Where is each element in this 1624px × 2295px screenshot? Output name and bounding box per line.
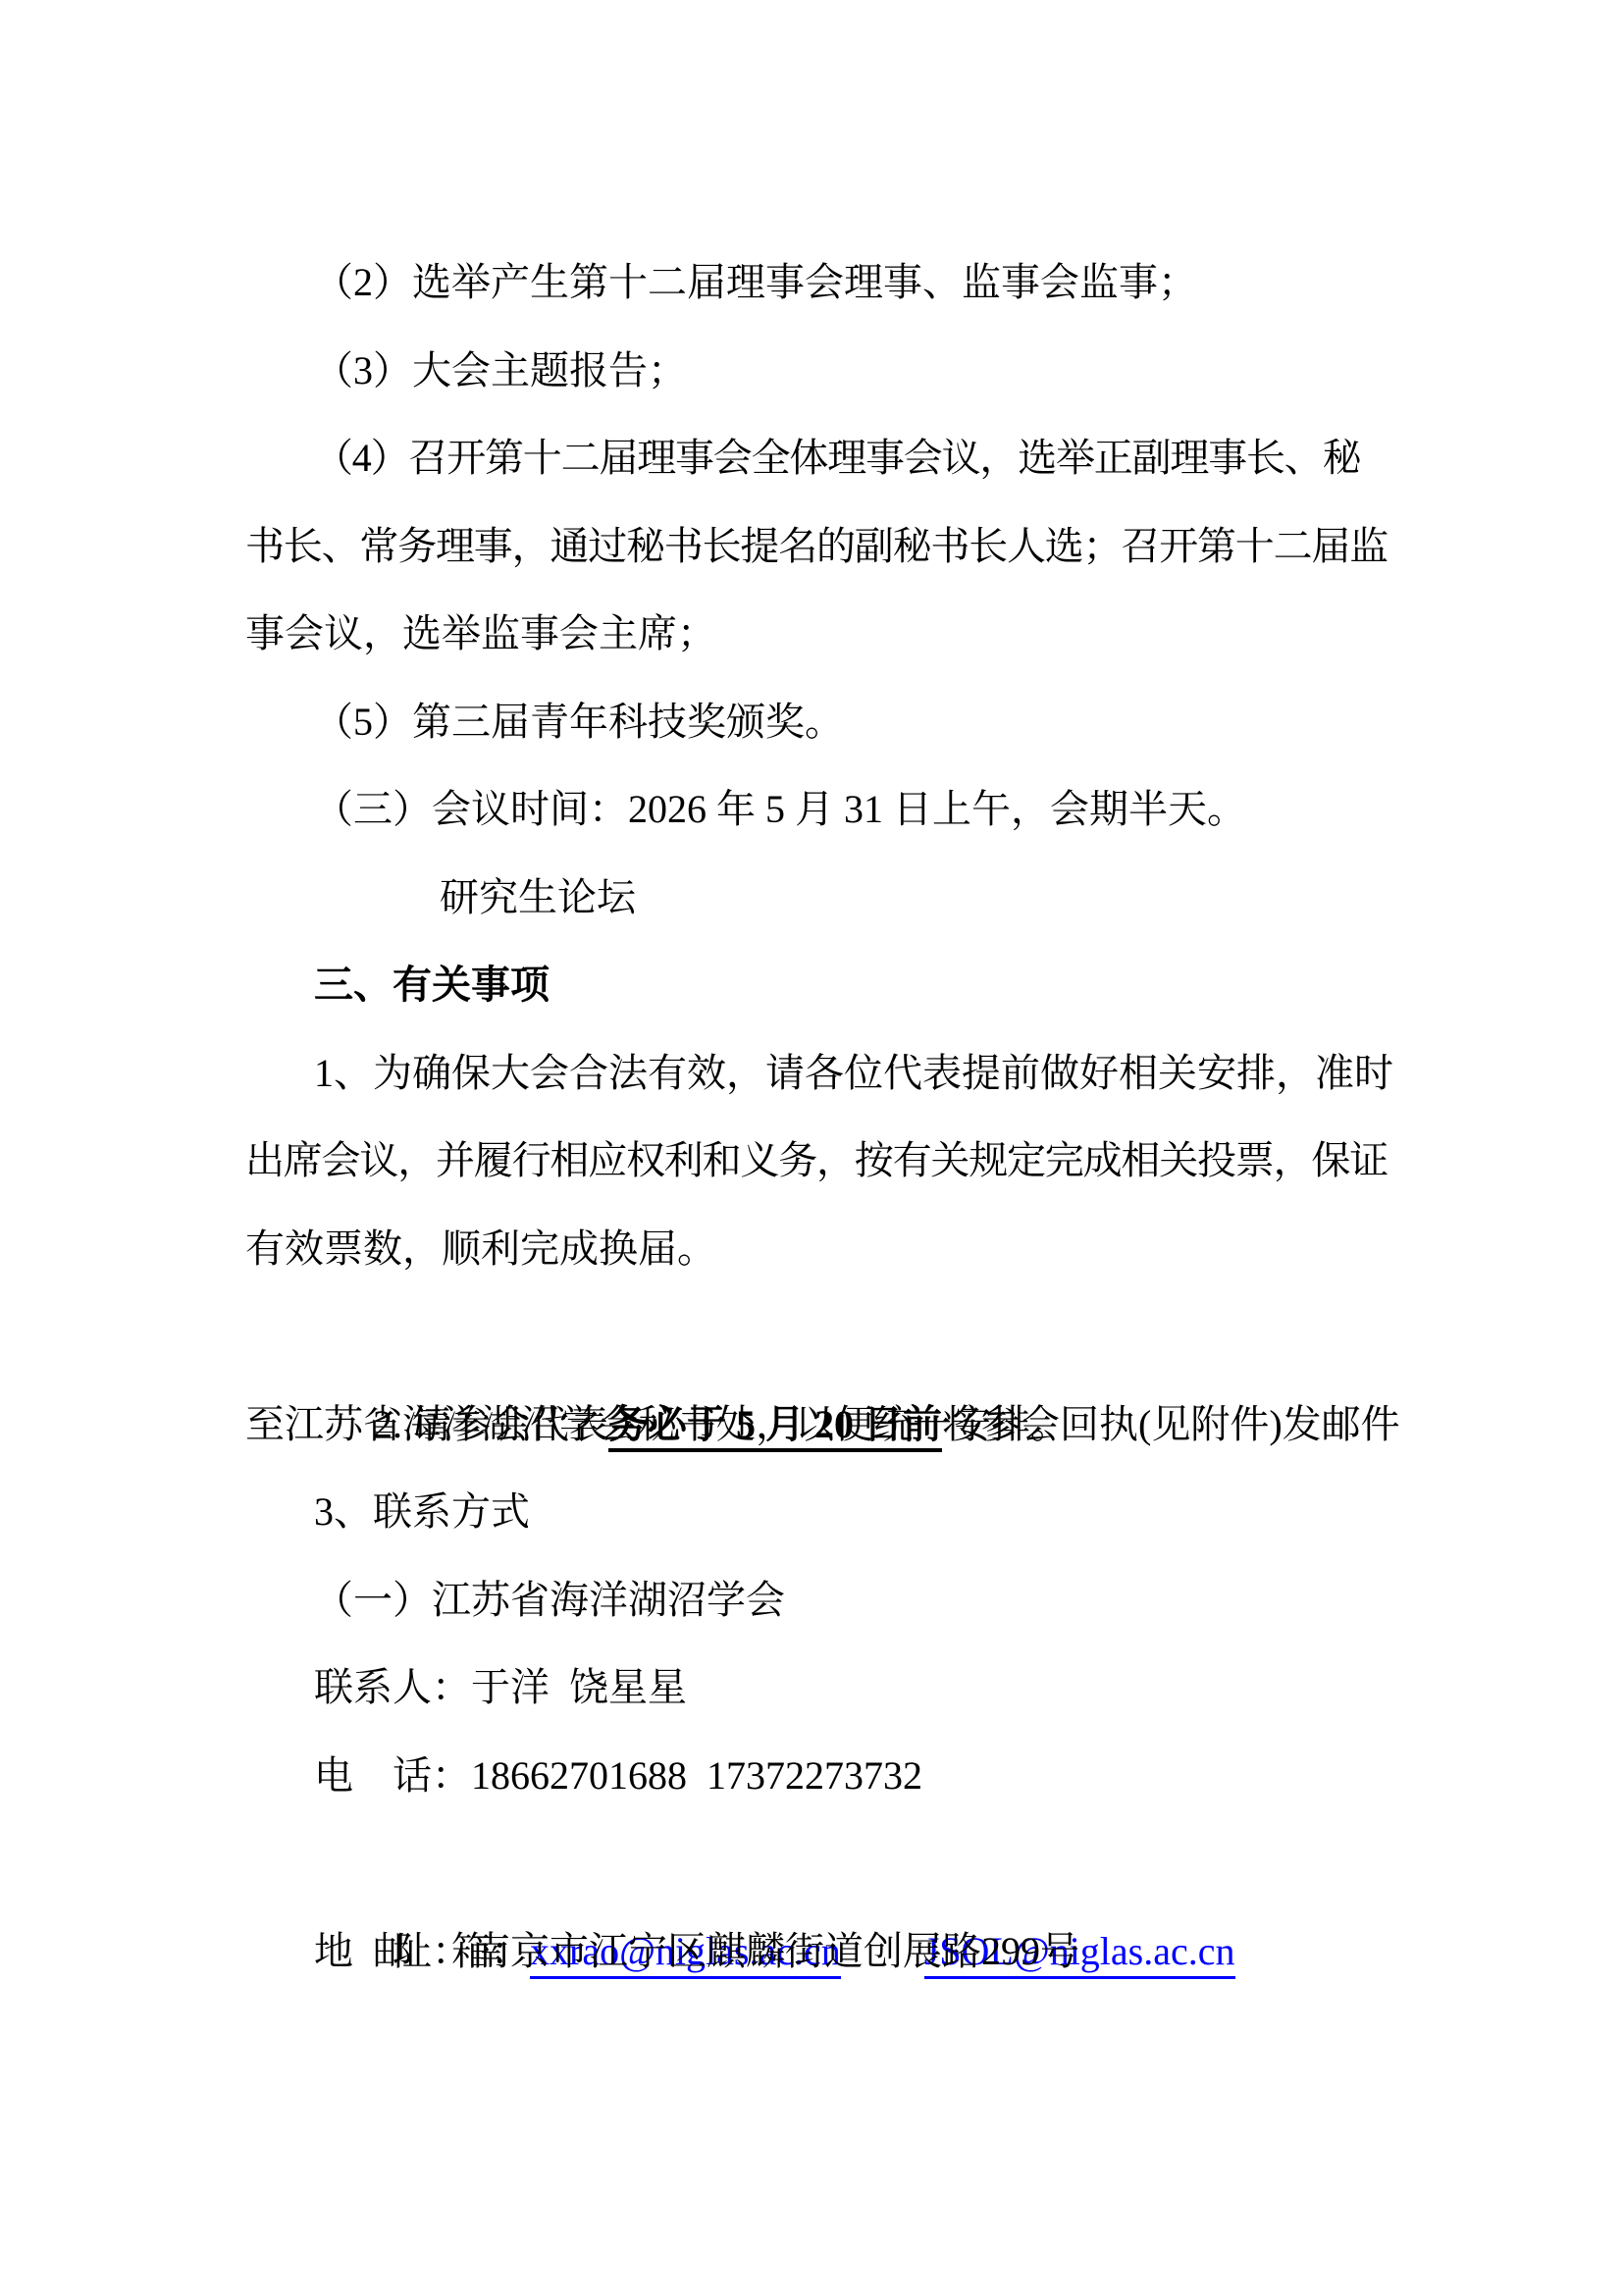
contact-person-line: 联系人：于洋 饶星星 [245,1643,1393,1732]
agenda-item-4-line-2: 书长、常务理事，通过秘书长提名的副秘书长人选；召开第十二届监 [245,502,1393,591]
phone-line: 电 话：18662701688 17372273732 [245,1732,1393,1820]
agenda-item-2: （2）选举产生第十二届理事会理事、监事会监事； [245,238,1393,327]
society-name-line: （一）江苏省海洋湖沼学会 [245,1556,1393,1644]
agenda-item-3: （3）大会主题报告； [245,327,1393,415]
agenda-item-4-line-1: （4）召开第十二届理事会全体理事会议，选举正副理事长、秘 [245,414,1393,502]
section-heading-related-matters: 三、有关事项 [245,941,1393,1029]
document-page: （2）选举产生第十二届理事会理事、监事会监事； （3）大会主题报告； （4）召开… [0,0,1624,2295]
agenda-item-5: （5）第三届青年科技奖颁奖。 [245,678,1393,766]
document-body: （2）选举产生第十二届理事会理事、监事会监事； （3）大会主题报告； （4）召开… [245,238,1393,1995]
meeting-time-line: （三）会议时间：2026 年 5 月 31 日上午，会期半天。 [245,765,1393,854]
note-1-line-1: 1、为确保大会合法有效，请各位代表提前做好相关安排，准时 [245,1029,1393,1118]
agenda-item-4-line-3: 事会议，选举监事会主席； [245,590,1393,678]
note-1-line-3: 有效票数，顺利完成换届。 [245,1205,1393,1293]
note-3-contact-heading: 3、联系方式 [245,1468,1393,1556]
note-1-line-2: 出席会议，并履行相应权利和义务，按有关规定完成相关投票，保证 [245,1117,1393,1205]
graduate-forum-line: 研究生论坛 [245,854,1393,942]
note-2-line-1: 2. 请参会代表务必于 5 月 20 日前将参会回执(见附件)发邮件 [245,1292,1393,1381]
email-line: 邮 箱：xxrao@niglas.ac.cnJSOL@niglas.ac.cn [245,1819,1393,1907]
